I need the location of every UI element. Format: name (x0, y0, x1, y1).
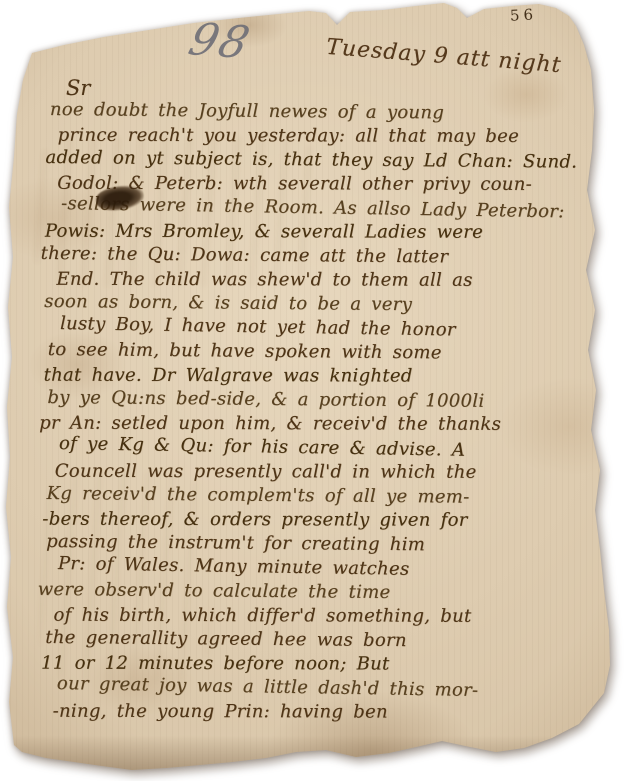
letter-line: prince reach't you yesterday: all that m… (58, 124, 590, 149)
letter-line: -ning, the young Prin: having ben (53, 700, 585, 725)
scan-background: 98 56 Tuesday 9 att night Sr noe doubt t… (0, 0, 624, 781)
letter-line: the generallity agreed hee was born (45, 626, 585, 655)
page-number-ink: 56 (510, 5, 538, 24)
letter-line: Councell was presently call'd in which t… (55, 460, 587, 485)
letter-salutation: Sr (66, 76, 90, 100)
letter-line: noe doubt the Joyfull newes of a young (50, 98, 590, 127)
manuscript-paper-wrap: 98 56 Tuesday 9 att night Sr noe doubt t… (0, 0, 624, 781)
letter-line: -bers thereof, & orders presently given … (42, 508, 586, 533)
letter-line: End. The child was shew'd to them all as (56, 268, 588, 293)
letter-line: Powis: Mrs Bromley, & severall Ladies we… (45, 220, 589, 245)
letter-line: there: the Qu: Dowa: came att the latter (41, 242, 589, 271)
letter-line: that have. Dr Walgrave was knighted (44, 364, 588, 389)
letter-dateline: Tuesday 9 att night (325, 35, 562, 78)
manuscript-paper: 98 56 Tuesday 9 att night Sr noe doubt t… (4, 2, 618, 774)
letter-line: added on yt subject is, that they say Ld… (45, 146, 589, 175)
letter-line: Kg receiv'd the complem'ts of all ye mem… (46, 482, 586, 511)
letter-line: by ye Qu:ns bed-side, & a portion of 100… (47, 386, 587, 415)
folio-number-pencil: 98 (183, 14, 256, 69)
letter-line: of his birth, which differ'd something, … (53, 604, 585, 629)
